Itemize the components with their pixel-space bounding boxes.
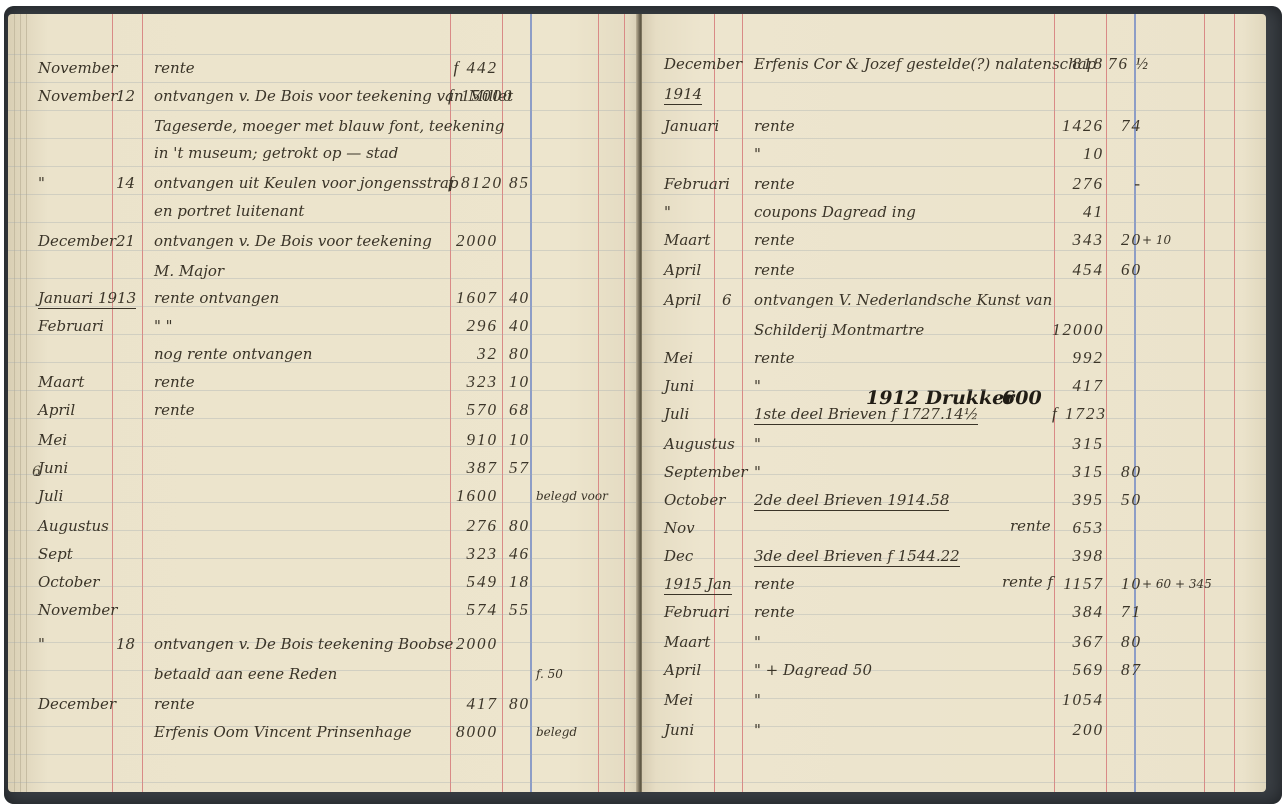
month-cell: November [38, 58, 117, 78]
ruled-line [8, 474, 638, 475]
ruled-line [642, 278, 1266, 279]
month-cell: Maart [38, 372, 84, 392]
description-cell: " " [154, 316, 173, 336]
cents-amount: 71 [1108, 602, 1142, 622]
month-cell: Mei [38, 430, 67, 450]
guilders-amount: 343 [1052, 230, 1104, 250]
guilders-amount: 1607 [448, 288, 498, 308]
guilders-amount: 276 [448, 516, 498, 536]
note-cell: + 60 + 345 [1142, 574, 1212, 594]
description-cell: betaald aan eene Reden [154, 664, 337, 684]
cents-amount: 68 [504, 400, 530, 420]
month-cell: Juli [664, 404, 689, 424]
guilders-amount: f 15000 [448, 86, 498, 106]
month-cell: " [664, 202, 671, 222]
guilders-amount: 417 [448, 694, 498, 714]
description-column-rule [142, 14, 143, 792]
description-cell: " [754, 632, 761, 652]
cents-amount: 80 [1108, 462, 1142, 482]
guilders-amount: 2000 [448, 231, 498, 251]
month-cell: April [664, 660, 701, 680]
guilders-amount: 454 [1052, 260, 1104, 280]
note-column-rule [1234, 14, 1235, 792]
juni-insert-amount: 600 [1002, 388, 1042, 408]
ruled-line [642, 362, 1266, 363]
guilders-amount: 200 [1052, 720, 1104, 740]
guilders-amount: 1426 [1052, 116, 1104, 136]
ruled-line [8, 558, 638, 559]
guilders-amount: 8000 [448, 722, 498, 742]
cents-amount: 80 [1108, 632, 1142, 652]
cents-amount: - [1108, 174, 1142, 194]
description-cell: en portret luitenant [154, 201, 304, 221]
day-cell: 6 [722, 290, 732, 310]
page-edge [20, 14, 21, 792]
month-cell: Dec [664, 546, 693, 566]
month-cell: 1914 [664, 84, 702, 105]
description-cell: " [754, 434, 761, 454]
note-cell: belegd [536, 722, 577, 742]
ruled-line [642, 250, 1266, 251]
cents-amount: 74 [1108, 116, 1142, 136]
guilders-amount: 32 [448, 344, 498, 364]
cents-amount: 40 [504, 288, 530, 308]
description-cell: rente [154, 58, 195, 78]
description-cell: 2de deel Brieven 1914.58 [754, 490, 949, 511]
ruled-line [642, 782, 1266, 783]
cents-amount: 87 [1108, 660, 1142, 680]
cents-amount: 85 [504, 173, 530, 193]
guilders-amount: 992 [1052, 348, 1104, 368]
description-cell: rente [754, 116, 795, 136]
ruled-line [642, 530, 1266, 531]
description-cell: Erfenis Cor & Jozef gestelde(?) nalatens… [754, 54, 1096, 74]
guilders-amount: f 1723 [1052, 404, 1104, 424]
october-rente-annotation: rente [1010, 516, 1051, 536]
ruled-line [642, 110, 1266, 111]
description-cell: Schilderij Montmartre [754, 320, 924, 340]
ruled-line [8, 54, 638, 55]
guilders-amount: 12000 [1052, 320, 1104, 340]
ruled-line [8, 278, 638, 279]
description-cell: rente [754, 574, 795, 594]
ruled-line [642, 166, 1266, 167]
guilders-amount: 2000 [448, 634, 498, 654]
month-cell: Mei [664, 348, 693, 368]
guilders-amount: 323 [448, 372, 498, 392]
cents-amount: 80 [504, 344, 530, 364]
month-cell: Juni [664, 720, 694, 740]
ruled-line [8, 166, 638, 167]
ruled-line [642, 670, 1266, 671]
right-page: 1912 Drukker 600 rente rente f DecemberE… [642, 14, 1266, 792]
month-cell: Nov [664, 518, 695, 538]
guilders-amount: 549 [448, 572, 498, 592]
cents-column-rule [1106, 14, 1107, 792]
cents-amount: 50 [1108, 490, 1142, 510]
month-cell: October [664, 490, 725, 510]
guilders-amount: 315 [1052, 434, 1104, 454]
description-cell: Tageserde, moeger met blauw font, teeken… [154, 116, 504, 136]
ruled-line [8, 446, 638, 447]
guilders-amount: 387 [448, 458, 498, 478]
ruled-line [642, 754, 1266, 755]
month-cell: Mei [664, 690, 693, 710]
ruled-line [8, 782, 638, 783]
month-cell: 1915 Jan [664, 574, 732, 595]
description-cell: Erfenis Oom Vincent Prinsenhage [154, 722, 412, 742]
ruled-line [642, 138, 1266, 139]
guilders-amount: 417 [1052, 376, 1104, 396]
month-cell: October [38, 572, 99, 592]
description-cell: " [754, 462, 761, 482]
description-cell: ontvangen V. Nederlandsche Kunst van [754, 290, 1052, 310]
ruled-line [8, 82, 638, 83]
guilders-amount: 276 [1052, 174, 1104, 194]
month-cell: April [38, 400, 75, 420]
guilders-amount: 1157 [1052, 574, 1104, 594]
description-cell: ontvangen uit Keulen voor jongensstrap [154, 173, 459, 193]
description-cell: rente [754, 348, 795, 368]
day-cell: 14 [116, 173, 135, 193]
ruled-line [642, 642, 1266, 643]
guilders-amount: 818 [1052, 54, 1104, 74]
note-cell: belegd voor [536, 486, 608, 506]
month-cell: Januari 1913 [38, 288, 136, 309]
ruled-line [8, 418, 638, 419]
guilders-amount: 398 [1052, 546, 1104, 566]
ruled-line [642, 390, 1266, 391]
guilders-amount: 41 [1052, 202, 1104, 222]
ruled-line [642, 194, 1266, 195]
day-column-rule [112, 14, 113, 792]
ruled-line [8, 754, 638, 755]
month-cell: Juni [38, 458, 68, 478]
description-cell: " [754, 720, 761, 740]
guilders-amount: 323 [448, 544, 498, 564]
description-column-rule [742, 14, 743, 792]
guilders-amount: 574 [448, 600, 498, 620]
month-cell: April [664, 260, 701, 280]
ruled-line [8, 194, 638, 195]
ruled-line [8, 362, 638, 363]
month-cell: December [664, 54, 742, 74]
guilders-amount: 384 [1052, 602, 1104, 622]
guilders-amount: 1600 [448, 486, 498, 506]
description-cell: 3de deel Brieven f 1544.22 [754, 546, 960, 567]
description-cell: 1ste deel Brieven f 1727.14½ [754, 404, 978, 425]
month-cell: December [38, 231, 116, 251]
guilders-amount: 315 [1052, 462, 1104, 482]
month-cell: April [664, 290, 701, 310]
ruled-line [642, 82, 1266, 83]
cents-amount: 80 [504, 694, 530, 714]
cents-amount: 40 [504, 316, 530, 336]
day-cell: 18 [116, 634, 135, 654]
note-column-rule [598, 14, 599, 792]
ruled-line [642, 726, 1266, 727]
month-cell: Augustus [664, 434, 735, 454]
description-cell: rente [754, 230, 795, 250]
ruled-line [8, 390, 638, 391]
ruled-line [642, 334, 1266, 335]
guilders-amount: 367 [1052, 632, 1104, 652]
description-cell: " + Dagread 50 [754, 660, 872, 680]
cents-amount: 46 [504, 544, 530, 564]
page-edge [14, 14, 15, 792]
month-cell: Augustus [38, 516, 109, 536]
guilders-amount: 570 [448, 400, 498, 420]
month-cell: Februari [38, 316, 104, 336]
day-cell: 12 [116, 86, 135, 106]
guilders-amount: 910 [448, 430, 498, 450]
month-cell: Februari [664, 174, 730, 194]
description-cell: rente [754, 174, 795, 194]
description-cell: nog rente ontvangen [154, 344, 312, 364]
description-cell: rente [754, 602, 795, 622]
note-cell: + 10 [1142, 230, 1171, 250]
guilders-amount: f 442 [448, 58, 498, 78]
month-cell: Juli [38, 486, 63, 506]
ruled-line [642, 502, 1266, 503]
cents-amount: 20 [1108, 230, 1142, 250]
cents-amount: 55 [504, 600, 530, 620]
description-cell: rente ontvangen [154, 288, 279, 308]
blue-column-rule [530, 14, 532, 792]
ruled-line [8, 138, 638, 139]
cents-amount: 10 [504, 430, 530, 450]
left-page: 6 Novemberrentef 442November12ontvangen … [8, 14, 638, 792]
month-cell: November [38, 86, 117, 106]
month-cell: Sept [38, 544, 73, 564]
dec-rente-annotation: rente f [1002, 572, 1053, 592]
note-cell: f. 50 [536, 664, 563, 684]
description-cell: ontvangen v. De Bois teekening Boobse [154, 634, 453, 654]
description-cell: in 't museum; getrokt op — stad [154, 143, 398, 163]
guilders-amount: 569 [1052, 660, 1104, 680]
description-cell: rente [154, 694, 195, 714]
month-cell: Juni [664, 376, 694, 396]
note-column-rule [1204, 14, 1205, 792]
note-column-rule [624, 14, 625, 792]
cents-amount: 80 [504, 516, 530, 536]
ruled-line [8, 586, 638, 587]
description-cell: coupons Dagread ing [754, 202, 916, 222]
day-cell: 21 [116, 231, 135, 251]
ruled-line [642, 446, 1266, 447]
month-cell: Maart [664, 632, 710, 652]
description-cell: rente [154, 372, 195, 392]
month-cell: December [38, 694, 116, 714]
description-cell: " [754, 376, 761, 396]
guilders-amount: f 8120 [448, 173, 498, 193]
month-cell: Januari [664, 116, 719, 136]
cents-amount: 10 [504, 372, 530, 392]
cents-amount: 76 ½ [1108, 54, 1142, 74]
ruled-line [642, 698, 1266, 699]
ruled-line [642, 222, 1266, 223]
cents-amount: 18 [504, 572, 530, 592]
month-cell: " [38, 173, 45, 193]
cents-amount: 60 [1108, 260, 1142, 280]
ruled-line [642, 614, 1266, 615]
description-cell: rente [754, 260, 795, 280]
description-cell: " [754, 690, 761, 710]
guilders-amount: 1054 [1052, 690, 1104, 710]
description-cell: rente [154, 400, 195, 420]
description-cell: ontvangen v. De Bois voor teekening [154, 231, 432, 251]
ruled-line [8, 110, 638, 111]
cents-amount: 57 [504, 458, 530, 478]
description-cell: " [754, 144, 761, 164]
month-cell: Februari [664, 602, 730, 622]
guilders-amount: 653 [1052, 518, 1104, 538]
guilders-amount: 10 [1052, 144, 1104, 164]
month-cell: Maart [664, 230, 710, 250]
month-cell: " [38, 634, 45, 654]
cents-amount: 10 [1108, 574, 1142, 594]
guilders-amount: 395 [1052, 490, 1104, 510]
month-cell: September [664, 462, 748, 482]
ruled-line [8, 222, 638, 223]
month-cell: November [38, 600, 117, 620]
guilders-amount: 296 [448, 316, 498, 336]
page-edge [26, 14, 27, 792]
description-cell: M. Major [154, 261, 224, 281]
